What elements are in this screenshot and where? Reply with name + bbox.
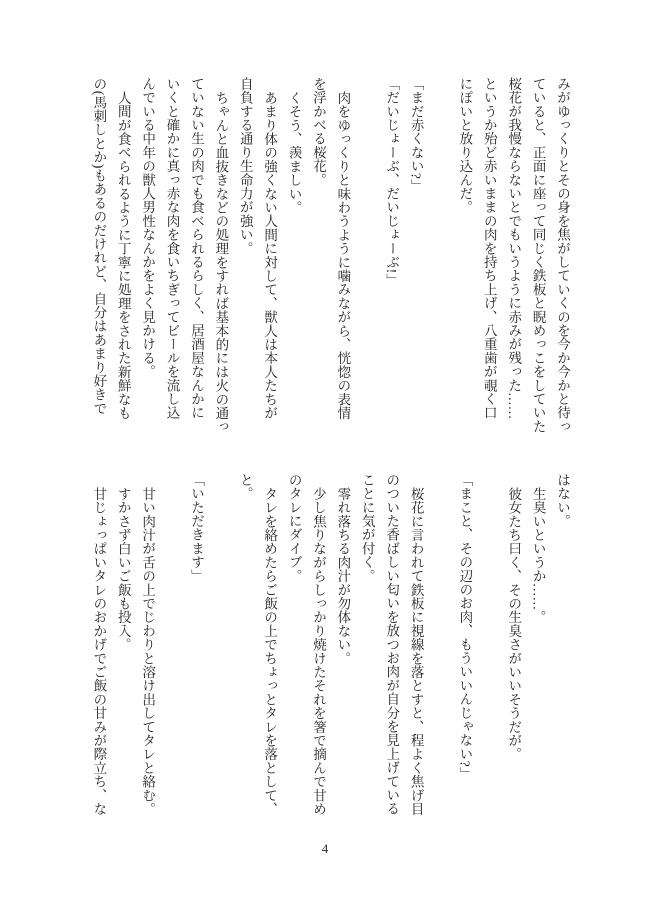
text-line: みがゆっくりとその身を焦がしていくのを今か今かと待っ <box>550 77 574 435</box>
text-line: いくと確かに真っ赤な肉を食いちぎってビールを流し込 <box>159 77 183 435</box>
blank-line <box>354 77 378 435</box>
text-line: くそう、羨ましい。 <box>281 77 305 435</box>
text-line: 生臭いというか……。 <box>525 473 549 831</box>
novel-page: みがゆっくりとその身を焦がしていくのを今か今かと待っていると、正面に座って同じく… <box>0 0 650 912</box>
text-line: 彼女たち曰く、その生臭さがいいそうだが。 <box>501 473 525 831</box>
text-line: 自負する通り生命力が強い。 <box>232 77 256 435</box>
blank-line <box>208 473 232 831</box>
text-line: のついた香ばしい匂いを放つお肉が自分を見上げている <box>379 473 403 831</box>
text-line: の(馬刺しとか)もあるのだけれど、自分はあまり好きで <box>86 77 110 435</box>
text-line: ちゃんと血抜きなどの処理をすれば基本的には火の通っ <box>208 77 232 435</box>
text-line: タレを絡めたらご飯の上でちょっとタレを落として、 <box>257 473 281 831</box>
blank-line <box>476 473 500 831</box>
text-line: ていない生の肉でも食べられるらしく、居酒屋なんかに <box>184 77 208 435</box>
text-line: 人間が食べられるように丁寧に処理をされた新鮮なも <box>110 77 134 435</box>
text-line: を浮かべる桜花。 <box>306 77 330 435</box>
blank-line <box>428 77 452 435</box>
text-line: 甘い肉汁が舌の上でじわりと溶け出してタレと絡む。 <box>135 473 159 831</box>
text-line: 「まだ赤くない?」 <box>403 77 427 435</box>
text-line: 肉をゆっくりと味わうように噛みながら、恍惚の表情 <box>330 77 354 435</box>
text-line: というか殆ど赤いままの肉を持ち上げ、八重歯が覗く口 <box>476 77 500 435</box>
text-line: にぽいと放り込んだ。 <box>452 77 476 435</box>
text-line: ことに気が付く。 <box>354 473 378 831</box>
upper-text-block: みがゆっくりとその身を焦がしていくのを今か今かと待っていると、正面に座って同じく… <box>86 77 574 435</box>
text-line: 「だいじょーぶ、だいじょーぶ!」 <box>379 77 403 435</box>
text-line: 少し焦りながらしっかり焼けたそれを箸で摘んで甘め <box>306 473 330 831</box>
text-line: のタレにダイブ。 <box>281 473 305 831</box>
text-line: あまり体の強くない人間に対して、獣人は本人たちが <box>257 77 281 435</box>
text-line: 桜花に言われて鉄板に視線を落とすと、程よく焦げ目 <box>403 473 427 831</box>
text-line: ていると、正面に座って同じく鉄板と睨めっこをしていた <box>525 77 549 435</box>
text-line: 甘じょっぱいタレのおかげでご飯の甘みが際立ち、な <box>86 473 110 831</box>
page-number: 4 <box>0 841 650 857</box>
blank-line <box>159 473 183 831</box>
text-line: んでいる中年の獣人男性なんかをよく見かける。 <box>135 77 159 435</box>
lower-text-block: はない。生臭いというか……。彼女たち曰く、その生臭さがいいそうだが。「まこと、そ… <box>86 473 574 831</box>
text-line: 零れ落ちる肉汁が勿体ない。 <box>330 473 354 831</box>
text-line: 「いただきます」 <box>184 473 208 831</box>
text-line: と。 <box>232 473 256 831</box>
text-line: 桜花が我慢ならないとでもいうように赤みが残った…… <box>501 77 525 435</box>
text-line: すかさず白いご飯も投入。 <box>110 473 134 831</box>
text-line: はない。 <box>550 473 574 831</box>
blank-line <box>428 473 452 831</box>
text-line: 「まこと、その辺のお肉、もういいんじゃない?」 <box>452 473 476 831</box>
